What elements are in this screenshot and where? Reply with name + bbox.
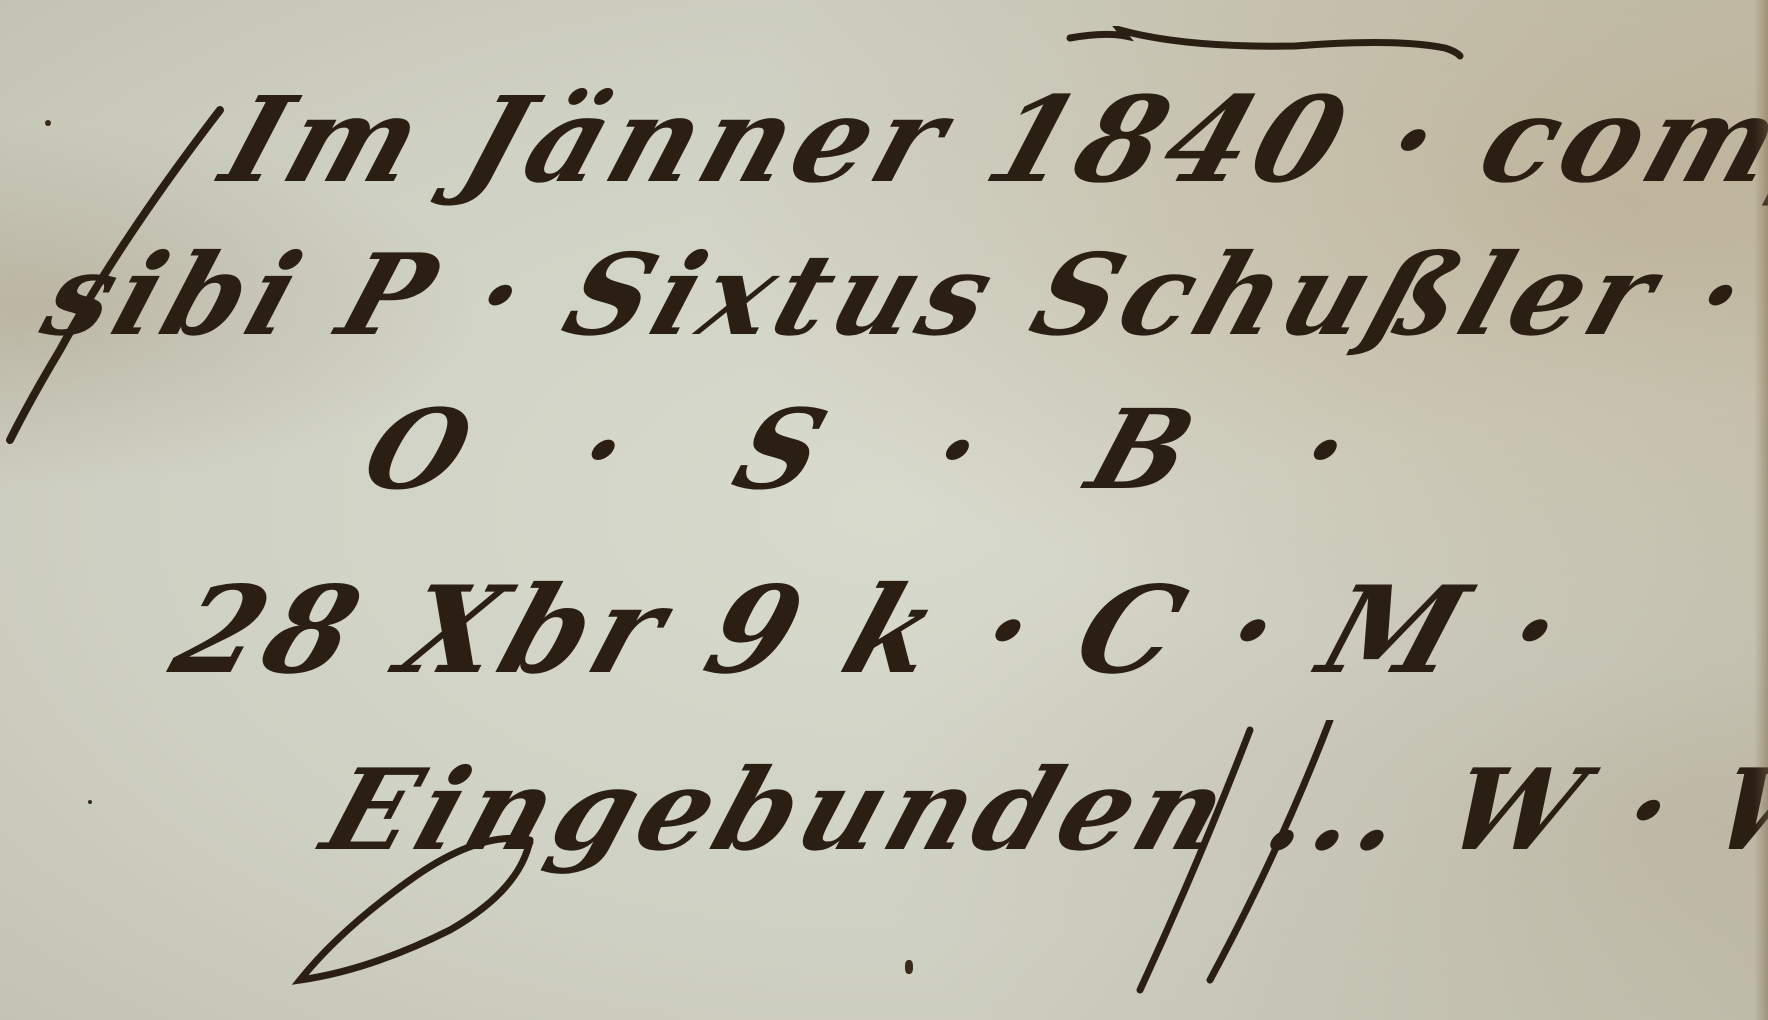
line-4-price: 28 Xbr 9 k · C · M ·	[157, 560, 1585, 701]
ink-speck	[905, 960, 913, 974]
ink-speck	[45, 120, 51, 126]
overline-stroke	[1065, 26, 1465, 60]
flourish-left-descender	[0, 100, 260, 460]
line-2-owner: sibi P · Sixtus Schußler ·	[29, 230, 1767, 361]
ink-speck	[88, 800, 92, 804]
line-1-date: Im Jänner 1840 · comp·	[207, 70, 1768, 209]
line-3-order: O · S · B ·	[349, 385, 1406, 514]
flourish-bottom-loop	[280, 820, 580, 1000]
flourish-long-descenders	[1100, 720, 1360, 1000]
manuscript-page: Im Jänner 1840 · comp· sibi P · Sixtus S…	[0, 0, 1768, 1020]
page-edge-shadow	[1754, 0, 1768, 1020]
